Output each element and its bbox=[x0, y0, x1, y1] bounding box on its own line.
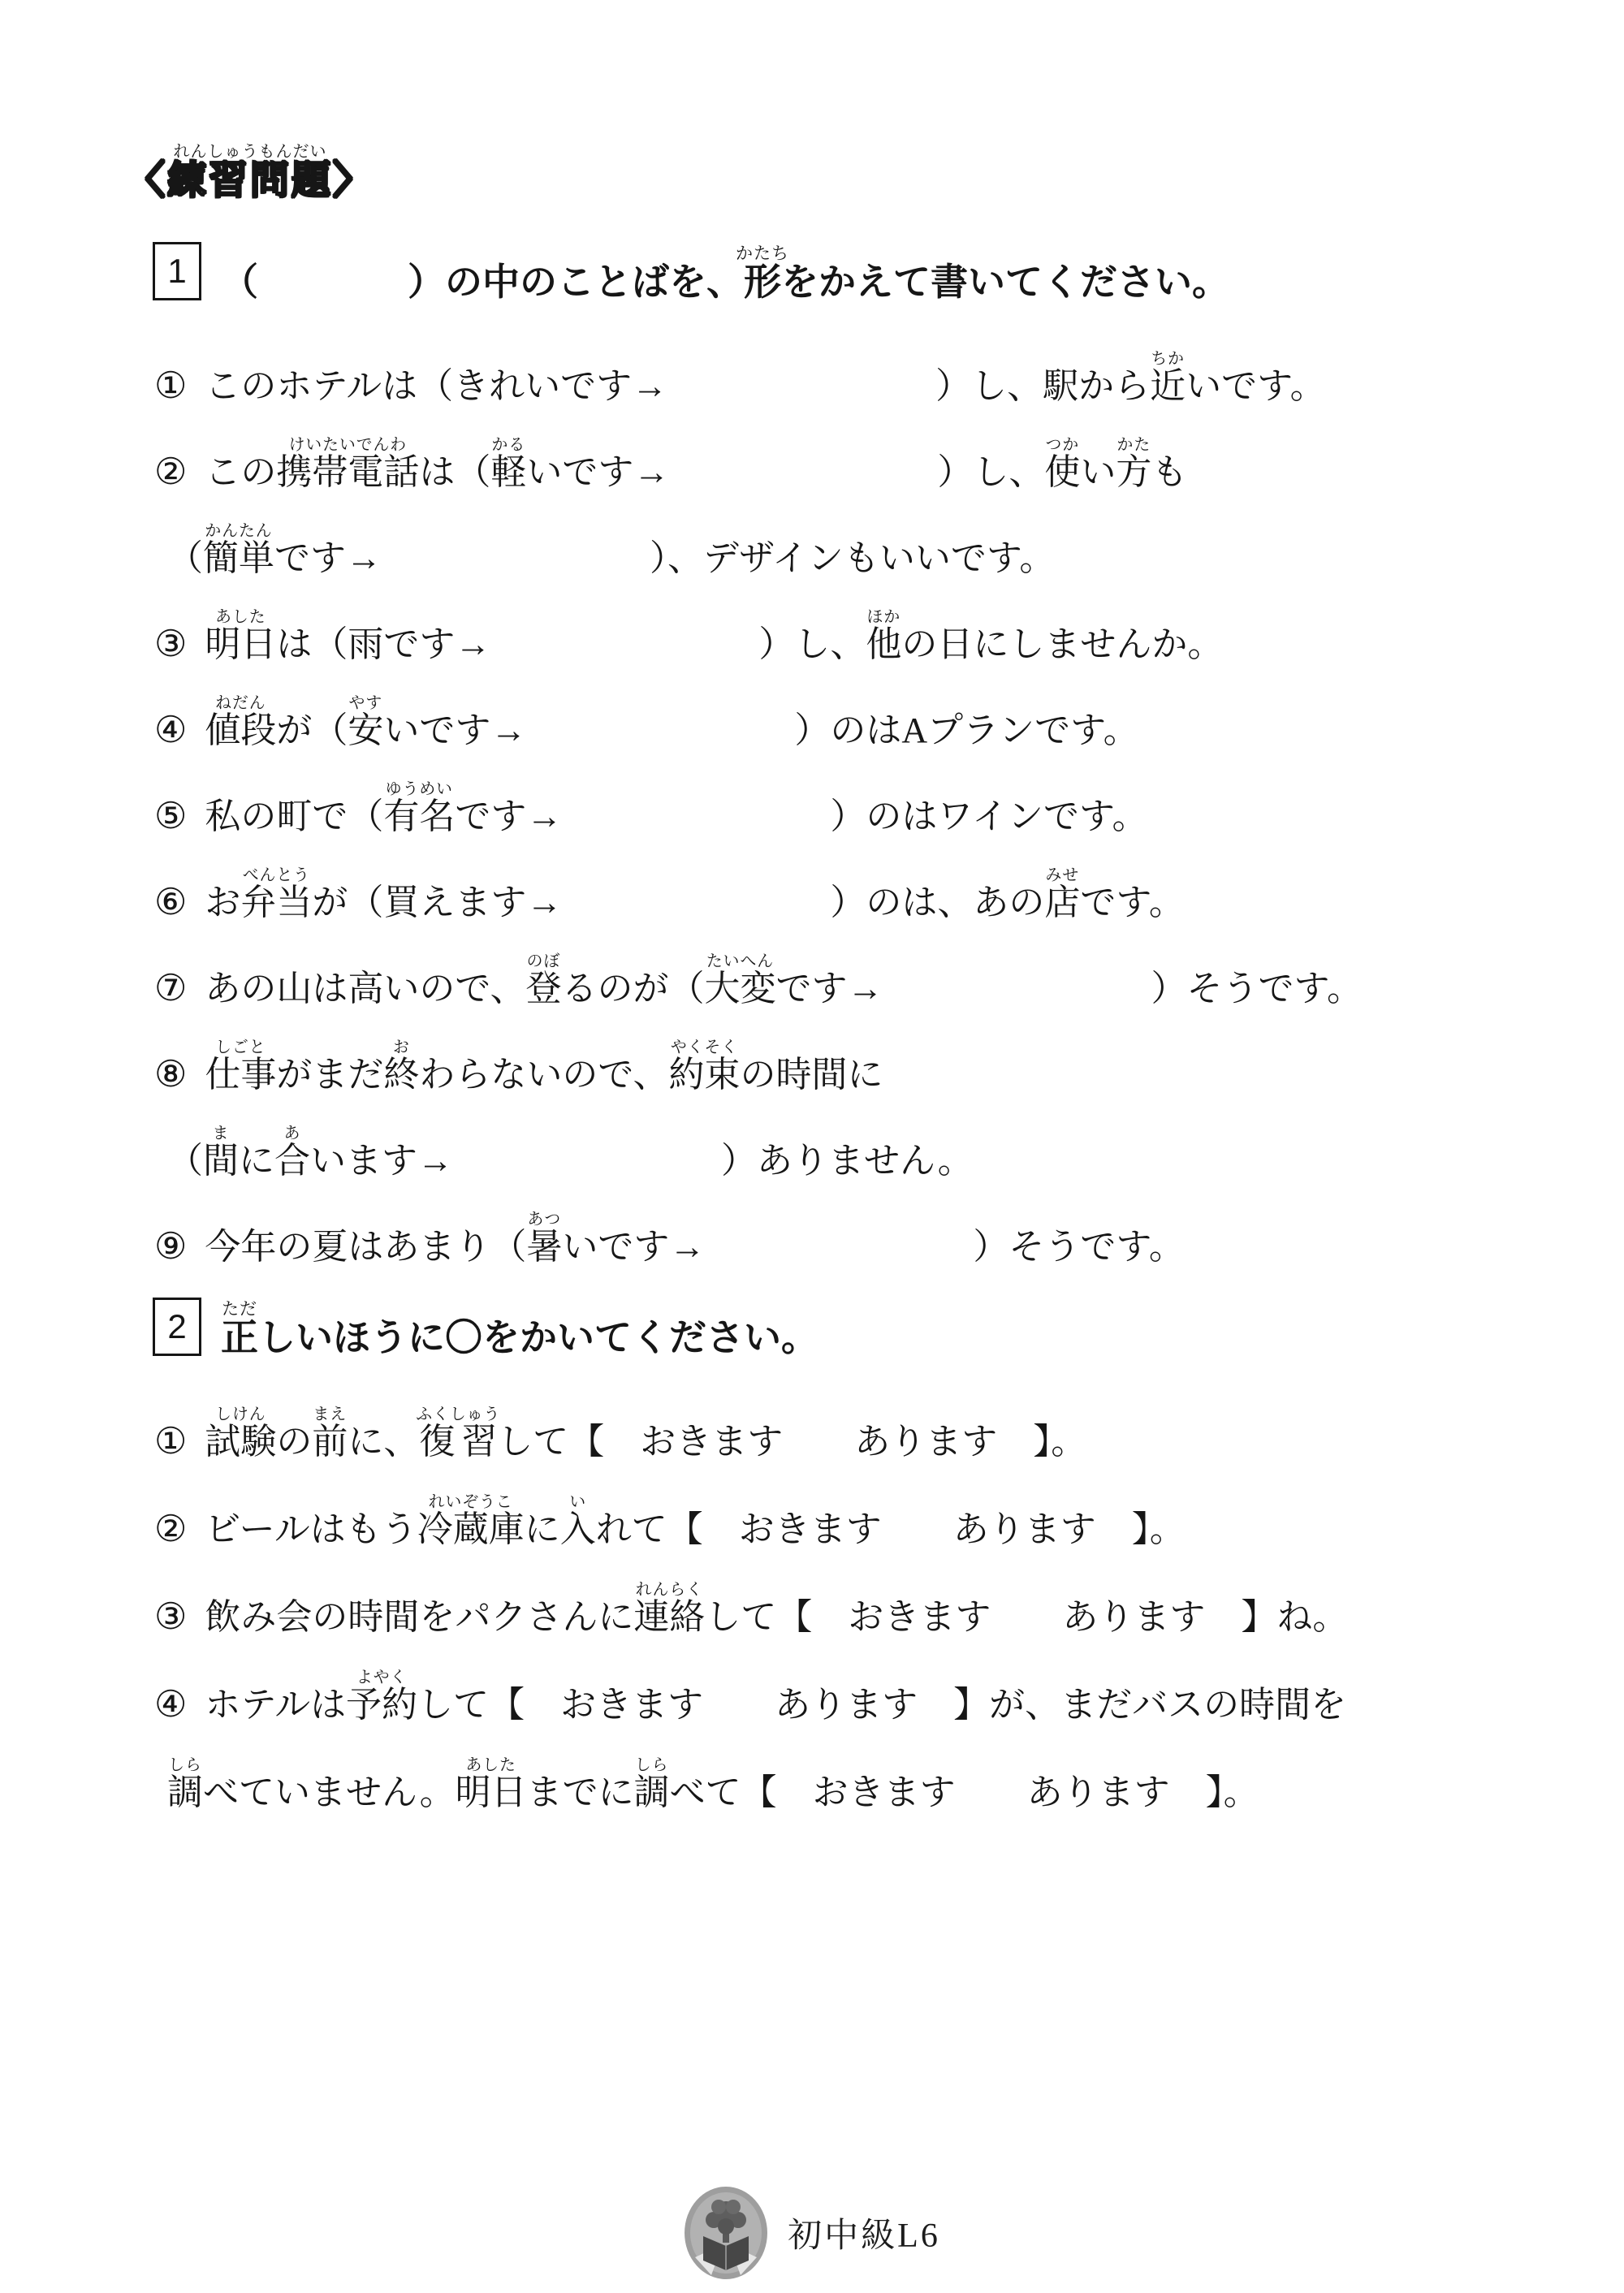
s1-item-8-continuation: （間まに合あいます→）ありません。 bbox=[0, 1095, 1624, 1181]
ruby-annotated-text: 前まえ bbox=[312, 1422, 348, 1462]
item-number: ③ bbox=[154, 1598, 187, 1637]
ruby-annotated-text: 復習ふくしゅう bbox=[419, 1422, 497, 1462]
ruby-annotated-text: 終お bbox=[383, 1055, 419, 1095]
item-text: ビールはもう冷蔵庫れいぞうこに入いれて【 おきます あります 】。 bbox=[205, 1493, 1185, 1549]
s1-item-6: ⑥ お弁当べんとうが（買えます→）のは、あの店みせです。 bbox=[0, 836, 1624, 922]
ruby-annotated-text: 練習問題れんしゅうもんだい bbox=[167, 159, 333, 202]
ruby-annotated-text: 冷蔵庫れいぞうこ bbox=[417, 1509, 525, 1549]
ruby-annotated-text: 間ま bbox=[203, 1141, 239, 1181]
s2-item-2: ② ビールはもう冷蔵庫れいぞうこに入いれて【 おきます あります 】。 bbox=[0, 1462, 1624, 1549]
s1-item-5: ⑤ 私の町で（有名ゆうめいです→）のはワインです。 bbox=[0, 750, 1624, 836]
ruby-annotated-text: 使つか bbox=[1044, 452, 1080, 492]
item-number: ⑧ bbox=[154, 1056, 187, 1095]
answer-blank bbox=[562, 822, 830, 828]
footer-level-label: 初中級L6 bbox=[788, 2209, 940, 2257]
ruby-annotated-text: 弁当べんとう bbox=[240, 883, 312, 922]
ruby-annotated-text: 安やす bbox=[348, 710, 383, 750]
ruby-annotated-text: 簡単かんたん bbox=[203, 538, 274, 578]
item-number: ① bbox=[154, 367, 187, 406]
ruby-annotated-text: 携帯電話けいたいでんわ bbox=[276, 452, 419, 492]
ruby-annotated-text: 有名ゆうめい bbox=[383, 797, 455, 836]
item-number: ⑨ bbox=[154, 1228, 187, 1267]
answer-blank bbox=[883, 994, 1151, 1000]
answer-blank bbox=[669, 477, 937, 484]
s2-item-4-continuation: 調しらべていません。明日あしたまでに調しらべて【 おきます あります 】。 bbox=[0, 1725, 1624, 1812]
section2-instruction: 正ただしいほうに〇をかいてください。 bbox=[221, 1300, 818, 1356]
s2-item-4: ④ ホテルは予約よやくして【 おきます あります 】が、まだバスの時間を bbox=[0, 1637, 1624, 1725]
answer-blank bbox=[526, 736, 794, 742]
ruby-annotated-text: 仕事しごと bbox=[205, 1055, 276, 1095]
ruby-annotated-text: 軽かる bbox=[490, 452, 526, 492]
item-number: ② bbox=[154, 453, 187, 492]
s1-item-1: ① このホテルは（きれいです→）し、駅から近ちかいです。 bbox=[0, 320, 1624, 406]
ruby-annotated-text: 店みせ bbox=[1044, 883, 1080, 922]
ruby-annotated-text: 入い bbox=[560, 1509, 596, 1549]
ruby-annotated-text: 連絡れんらく bbox=[633, 1597, 705, 1637]
s1-item-8: ⑧ 仕事しごとがまだ終おわらないので、約束やくそくの時間に bbox=[0, 1008, 1624, 1095]
s1-item-4: ④ 値段ねだんが（安やすいです→）のはAプランです。 bbox=[0, 664, 1624, 750]
footer: 初中級L6 bbox=[0, 2186, 1624, 2280]
item-number: ① bbox=[154, 1423, 187, 1462]
section2-items: ① 試験しけんの前まえに、復習ふくしゅうして【 おきます あります 】。 ② ビ… bbox=[0, 1374, 1624, 1812]
item-text: お弁当べんとうが（買えます→）のは、あの店みせです。 bbox=[205, 866, 1184, 922]
ruby-annotated-text: 方かた bbox=[1116, 452, 1151, 492]
ruby-annotated-text: 調しら bbox=[167, 1773, 203, 1812]
item-number: ⑤ bbox=[154, 797, 187, 836]
item-number: ⑥ bbox=[154, 883, 187, 922]
ruby-annotated-text: 試験しけん bbox=[205, 1422, 276, 1462]
item-text: （簡単かんたんです→）、デザインもいいです。 bbox=[167, 522, 1055, 578]
s1-item-7: ⑦ あの山は高いので、登のぼるのが（大変たいへんです→）そうです。 bbox=[0, 922, 1624, 1008]
item-text: 調しらべていません。明日あしたまでに調しらべて【 おきます あります 】。 bbox=[167, 1756, 1259, 1812]
item-number: ③ bbox=[154, 625, 187, 664]
s2-item-3: ③ 飲み会の時間をパクさんに連絡れんらくして【 おきます あります 】ね。 bbox=[0, 1549, 1624, 1637]
item-text: 試験しけんの前まえに、復習ふくしゅうして【 おきます あります 】。 bbox=[205, 1406, 1086, 1462]
s2-item-1: ① 試験しけんの前まえに、復習ふくしゅうして【 おきます あります 】。 bbox=[0, 1374, 1624, 1462]
ruby-annotated-text: 調しら bbox=[634, 1773, 670, 1812]
item-text: あの山は高いので、登のぼるのが（大変たいへんです→）そうです。 bbox=[205, 952, 1363, 1008]
ruby-annotated-text: 形かたち bbox=[744, 261, 781, 303]
ruby-annotated-text: 大変たいへん bbox=[704, 969, 775, 1008]
item-text: 仕事しごとがまだ終おわらないので、約束やくそくの時間に bbox=[205, 1039, 883, 1095]
answer-blank bbox=[667, 391, 935, 398]
item-number: ④ bbox=[154, 711, 187, 750]
s1-item-9: ⑨ 今年の夏はあまり（暑あついです→）そうです。 bbox=[0, 1181, 1624, 1267]
item-text: この携帯電話けいたいでんわは（軽かるいです→）し、使つかい方かたも bbox=[205, 436, 1187, 492]
worksheet-page: 〈練習問題れんしゅうもんだい〉 1 （ ）の中のことばを、形かたちをかえて書いて… bbox=[0, 0, 1624, 2293]
ruby-annotated-text: 暑あつ bbox=[526, 1227, 562, 1267]
section2-number-box: 2 bbox=[153, 1298, 201, 1356]
item-number: ② bbox=[154, 1510, 187, 1549]
ruby-annotated-text: 明日あした bbox=[205, 624, 276, 664]
s1-item-2-continuation: （簡単かんたんです→）、デザインもいいです。 bbox=[0, 492, 1624, 578]
ruby-annotated-text: 近ちか bbox=[1150, 366, 1186, 406]
item-text: （間まに合あいます→）ありません。 bbox=[167, 1125, 974, 1181]
item-text: 明日あしたは（雨です→）し、他ほかの日にしませんか。 bbox=[205, 608, 1223, 664]
item-text: このホテルは（きれいです→）し、駅から近ちかいです。 bbox=[205, 350, 1325, 406]
item-text: ホテルは予約よやくして【 おきます あります 】が、まだバスの時間を bbox=[205, 1669, 1346, 1725]
item-text: 飲み会の時間をパクさんに連絡れんらくして【 おきます あります 】ね。 bbox=[205, 1581, 1348, 1637]
item-number: ④ bbox=[154, 1686, 187, 1725]
section1-instruction: （ ）の中のことばを、形かたちをかえて書いてください。 bbox=[221, 244, 1229, 300]
section1-number-box: 1 bbox=[153, 242, 201, 300]
ruby-annotated-text: 他ほか bbox=[866, 624, 901, 664]
answer-blank bbox=[705, 1252, 973, 1259]
section1-heading: 1 （ ）の中のことばを、形かたちをかえて書いてください。 bbox=[153, 242, 1229, 300]
item-text: 私の町で（有名ゆうめいです→）のはワインです。 bbox=[205, 780, 1147, 836]
answer-blank bbox=[453, 1166, 721, 1172]
s1-item-2: ② この携帯電話けいたいでんわは（軽かるいです→）し、使つかい方かたも bbox=[0, 406, 1624, 492]
ruby-annotated-text: 明日あした bbox=[456, 1773, 527, 1812]
s1-item-3: ③ 明日あしたは（雨です→）し、他ほかの日にしませんか。 bbox=[0, 578, 1624, 664]
worksheet-title: 〈練習問題れんしゅうもんだい〉 bbox=[126, 159, 374, 202]
worksheet-header: 〈練習問題れんしゅうもんだい〉 bbox=[126, 143, 374, 205]
book-and-tree-badge-icon bbox=[684, 2186, 768, 2280]
ruby-annotated-text: 正ただ bbox=[221, 1316, 258, 1358]
ruby-annotated-text: 登のぼ bbox=[525, 969, 561, 1008]
ruby-annotated-text: 合あ bbox=[274, 1141, 310, 1181]
section2-heading: 2 正ただしいほうに〇をかいてください。 bbox=[153, 1298, 818, 1356]
ruby-annotated-text: 約束やくそく bbox=[668, 1055, 740, 1095]
answer-blank bbox=[562, 908, 830, 914]
item-text: 今年の夏はあまり（暑あついです→）そうです。 bbox=[205, 1211, 1184, 1267]
section1-items: ① このホテルは（きれいです→）し、駅から近ちかいです。 ② この携帯電話けいた… bbox=[0, 320, 1624, 1267]
item-number: ⑦ bbox=[154, 969, 187, 1008]
answer-blank bbox=[490, 650, 758, 656]
ruby-annotated-text: 値段ねだん bbox=[205, 710, 276, 750]
answer-blank bbox=[382, 564, 650, 570]
item-text: 値段ねだんが（安やすいです→）のはAプランです。 bbox=[205, 694, 1138, 750]
ruby-annotated-text: 予約よやく bbox=[346, 1685, 417, 1725]
